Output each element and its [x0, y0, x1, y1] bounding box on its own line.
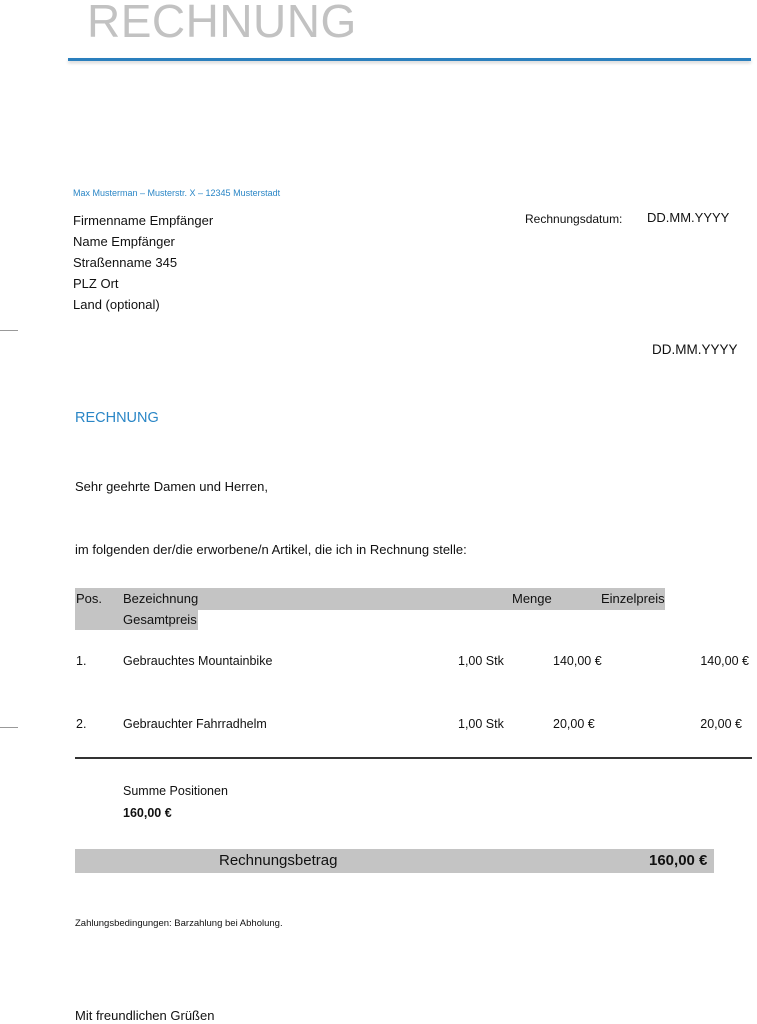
summary-value: 160,00 € — [123, 806, 172, 820]
payment-terms: Zahlungsbedingungen: Barzahlung bei Abho… — [75, 918, 283, 929]
row-pos: 2. — [76, 717, 86, 731]
row-pos: 1. — [76, 654, 86, 668]
recipient-city: PLZ Ort — [73, 273, 213, 294]
title-divider — [68, 58, 751, 61]
fold-mark — [0, 727, 18, 728]
recipient-country: Land (optional) — [73, 294, 213, 315]
summary-label: Summe Positionen — [123, 784, 228, 798]
column-header-menge: Menge — [512, 591, 552, 606]
closing-greeting: Mit freundlichen Grüßen — [75, 1008, 214, 1023]
row-einzelpreis: 140,00 € — [553, 654, 602, 668]
row-bezeichnung: Gebrauchtes Mountainbike — [123, 654, 272, 668]
fold-mark — [0, 330, 18, 331]
document-title: RECHNUNG — [87, 0, 357, 48]
column-header-bezeichnung: Bezeichnung — [123, 591, 198, 606]
row-menge: 1,00 Stk — [458, 654, 504, 668]
column-header-pos: Pos. — [76, 591, 102, 606]
total-value: 160,00 € — [649, 852, 707, 869]
row-einzelpreis: 20,00 € — [553, 717, 595, 731]
recipient-company: Firmenname Empfänger — [73, 210, 213, 231]
row-gesamtpreis: 140,00 € — [700, 654, 749, 668]
row-bezeichnung: Gebrauchter Fahrradhelm — [123, 717, 267, 731]
table-bottom-rule — [75, 757, 752, 759]
sender-address-line: Max Musterman – Musterstr. X – 12345 Mus… — [73, 188, 280, 198]
recipient-street: Straßenname 345 — [73, 252, 213, 273]
total-background — [75, 849, 714, 873]
column-header-einzelpreis: Einzelpreis — [601, 591, 665, 606]
column-header-gesamtpreis: Gesamtpreis — [123, 612, 197, 627]
recipient-address-block: Firmenname Empfänger Name Empfänger Stra… — [73, 210, 213, 315]
section-heading: RECHNUNG — [75, 410, 159, 426]
invoice-date-value: DD.MM.YYYY — [647, 210, 729, 225]
salutation: Sehr geehrte Damen und Herren, — [75, 479, 268, 494]
total-label: Rechnungsbetrag — [219, 852, 337, 869]
invoice-date-label: Rechnungsdatum: — [525, 212, 622, 226]
row-menge: 1,00 Stk — [458, 717, 504, 731]
secondary-date: DD.MM.YYYY — [652, 342, 738, 357]
recipient-name: Name Empfänger — [73, 231, 213, 252]
row-gesamtpreis: 20,00 € — [700, 717, 742, 731]
intro-text: im folgenden der/die erworbene/n Artikel… — [75, 542, 467, 557]
